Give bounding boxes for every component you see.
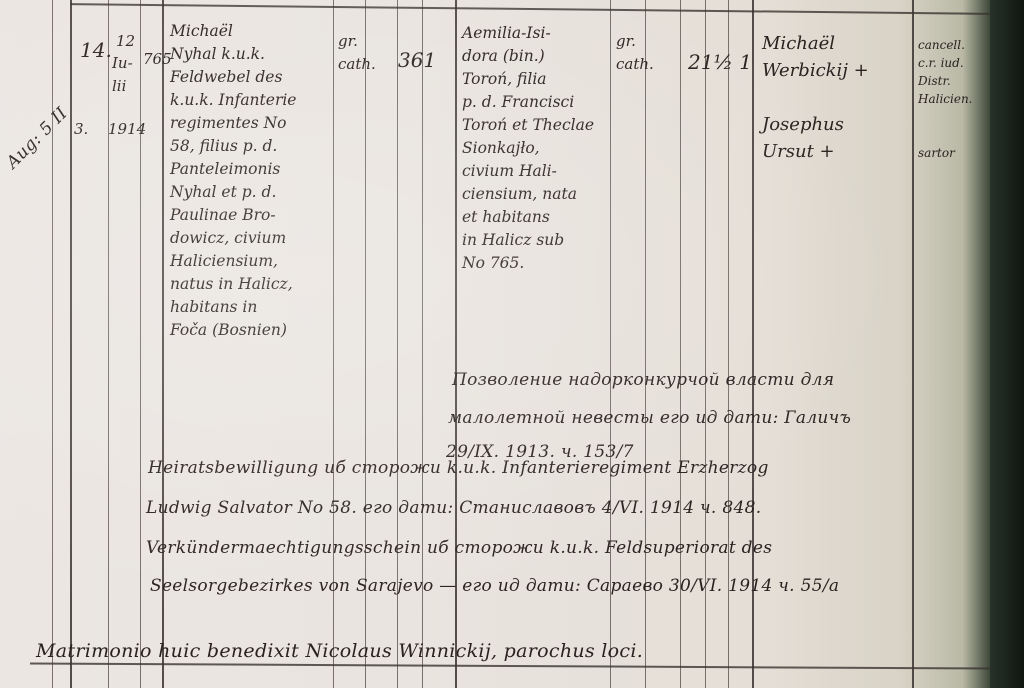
column-rule <box>108 0 109 688</box>
bride-age: 21½ 1 <box>688 52 752 72</box>
bride-house-number: 361 <box>398 50 436 70</box>
column-rule <box>70 0 72 688</box>
heiratsbewilligung-1: Heiratsbewilligung иб сторожи k.u.k. Inf… <box>148 460 769 477</box>
column-rule <box>912 0 914 688</box>
permission-cyrillic-2: малолетной невесты его ид дати: Галичъ <box>448 410 851 427</box>
groom-religion: gr. cath. <box>338 30 376 76</box>
header-rule <box>70 3 990 15</box>
verkuendigung-1: Verkündermaechtigungsschein иб сторожи k… <box>146 540 772 557</box>
column-rule <box>140 0 141 688</box>
entry-bottom-rule <box>30 662 990 669</box>
bride-details: Aemilia-Isi- dora (bin.) Toroń, filia p.… <box>462 22 594 275</box>
bride-religion: gr. cath. <box>616 30 654 76</box>
column-rule <box>52 0 53 688</box>
witnesses: Michaël Werbickij + Josephus Ursut + <box>762 30 869 165</box>
margin-day: 3. <box>74 118 88 141</box>
verkuendigung-2: Seelsorgebezirkes von Sarajevo — его ид … <box>150 578 839 595</box>
register-page: 14. 12 Iu- lii 1914 3. Aug: 5 II 765 Mic… <box>0 0 1024 688</box>
matrimonio-benediction: Matrimonio huic benedixit Nicolaus Winni… <box>36 642 643 661</box>
entry-day: 12 <box>116 30 135 53</box>
entry-number: 14. <box>80 40 112 60</box>
witness-status: cancell. c.r. iud. Distr. Halicien. sart… <box>918 36 973 162</box>
book-binding <box>990 0 1024 688</box>
heiratsbewilligung-2: Ludwig Salvator No 58. его дати: Станисл… <box>146 500 761 517</box>
entry-year: 1914 <box>108 118 146 141</box>
margin-note: Aug: 5 II <box>4 105 71 172</box>
entry-month: Iu- lii <box>112 52 133 98</box>
house-number: 765 <box>143 48 172 71</box>
groom-details: Michaël Nyhal k.u.k. Feldwebel des k.u.k… <box>170 20 296 342</box>
permission-cyrillic-1: Позволение надорконкурчой власти для <box>452 372 834 389</box>
